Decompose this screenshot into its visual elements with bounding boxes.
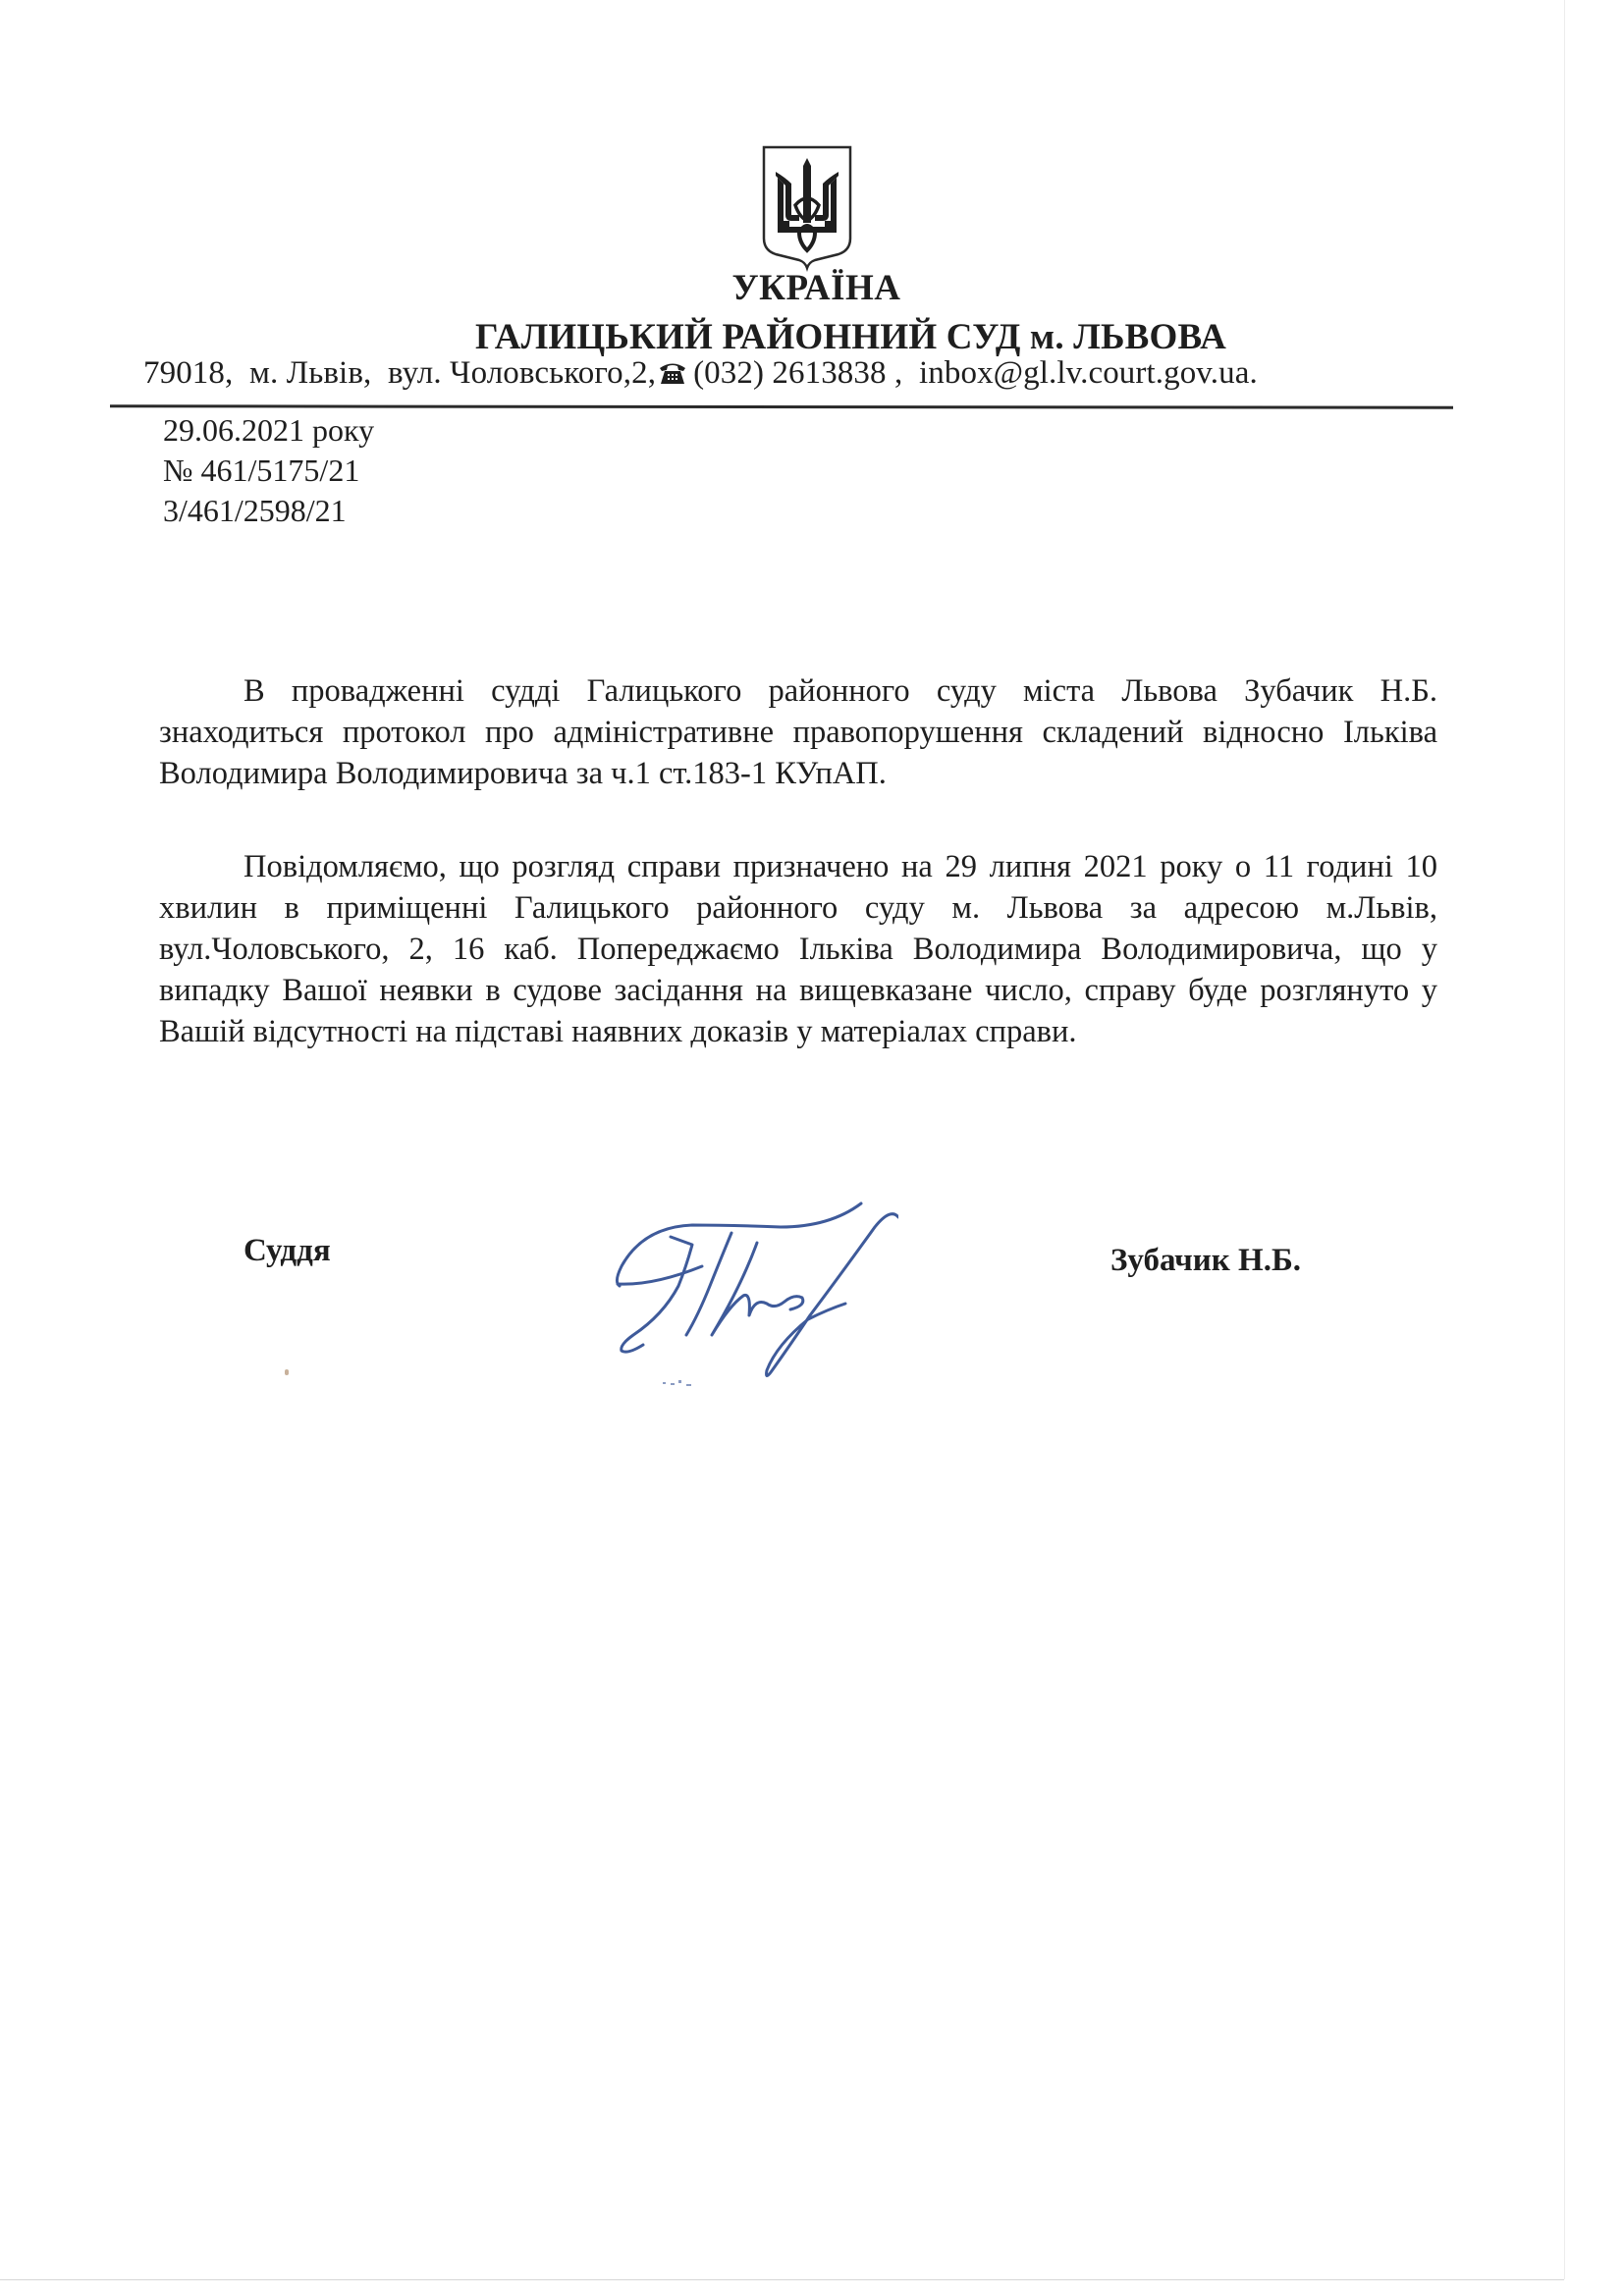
document-date: 29.06.2021 року (163, 410, 374, 451)
body-paragraph-1: В провадженні судді Галицького районного… (159, 670, 1437, 794)
ukraine-trident-emblem-icon (760, 144, 854, 272)
court-address: 79018, м. Львів, вул. Чоловського,2, (143, 355, 656, 391)
scan-speck (285, 1369, 289, 1375)
telephone-icon (658, 359, 687, 385)
document-page: УКРАЇНА ГАЛИЦЬКИЙ РАЙОННИЙ СУД м. ЛЬВОВА… (0, 0, 1623, 2296)
court-phone: (032) 2613838 , (693, 355, 902, 391)
case-number: № 461/5175/21 (163, 451, 374, 491)
handwritten-signature-icon (584, 1188, 898, 1394)
court-name: ГАЛИЦЬКИЙ РАЙОННИЙ СУД м. ЛЬВОВА (0, 316, 1623, 358)
document-meta: 29.06.2021 року № 461/5175/21 3/461/2598… (163, 410, 374, 531)
letterhead-divider (110, 404, 1453, 408)
court-contacts: 79018, м. Львів, вул. Чоловського,2, (03… (143, 355, 1258, 392)
country-title: УКРАЇНА (0, 267, 1623, 309)
signatory-role: Суддя (243, 1233, 331, 1269)
scan-edge-horizontal (0, 2279, 1564, 2280)
signatory-name: Зубачик Н.Б. (1110, 1243, 1301, 1279)
proceeding-number: 3/461/2598/21 (163, 491, 374, 531)
court-email[interactable]: inbox@gl.lv.court.gov.ua. (919, 355, 1258, 391)
body-paragraph-2: Повідомляємо, що розгляд справи призначе… (159, 846, 1437, 1052)
